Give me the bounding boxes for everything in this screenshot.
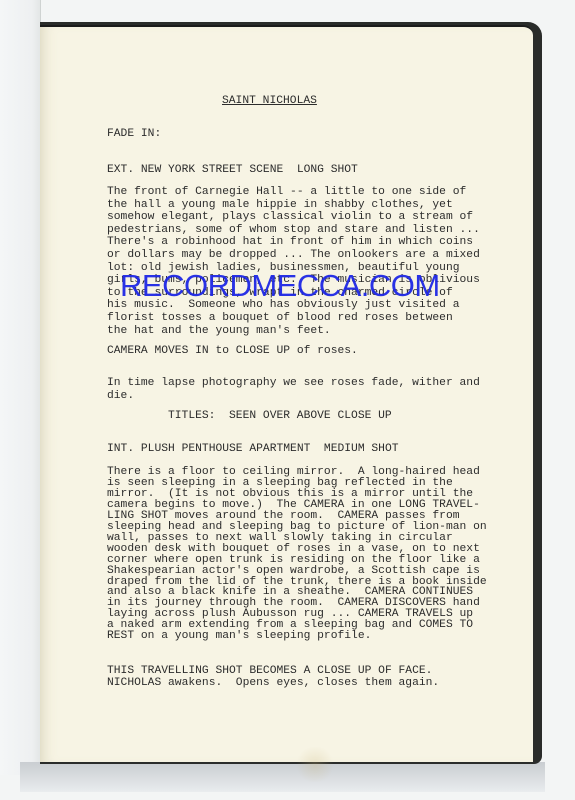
camera-direction: CAMERA MOVES IN to CLOSE UP of roses. — [107, 345, 358, 357]
action-line: the hat and the young man's feet. — [107, 325, 331, 337]
closing-line: THIS TRAVELLING SHOT BECOMES A CLOSE UP … — [107, 665, 432, 677]
action-line: somehow elegant, plays classical violin … — [107, 211, 473, 223]
watermark: RECORDMECCA.COM — [120, 268, 440, 304]
action-line: pedestrians, some of whom stop and stare… — [107, 224, 480, 236]
action-line: REST on a young man's sleeping profile. — [107, 630, 371, 642]
action-line: or dollars may be dropped ... The onlook… — [107, 249, 480, 261]
action-line: In time lapse photography we see roses f… — [107, 377, 480, 389]
page-stain — [295, 747, 335, 782]
action-line: florist tosses a bouquet of blood red ro… — [107, 312, 453, 324]
scene-heading: INT. PLUSH PENTHOUSE APARTMENT MEDIUM SH… — [107, 443, 399, 455]
fade-in-line: FADE IN: — [107, 128, 161, 140]
action-line: die. — [107, 390, 134, 402]
facing-page-edge — [0, 0, 41, 775]
scene-heading: EXT. NEW YORK STREET SCENE LONG SHOT — [107, 164, 358, 176]
action-line: There's a robinhood hat in front of him … — [107, 236, 473, 248]
titles-line: TITLES: SEEN OVER ABOVE CLOSE UP — [168, 410, 392, 422]
script-title: SAINT NICHOLAS — [222, 95, 317, 107]
closing-line: NICHOLAS awakens. Opens eyes, closes the… — [107, 677, 439, 689]
table-shadow — [20, 762, 545, 792]
action-line: the hall a young male hippie in shabby c… — [107, 199, 453, 211]
action-line: The front of Carnegie Hall -- a little t… — [107, 186, 466, 198]
